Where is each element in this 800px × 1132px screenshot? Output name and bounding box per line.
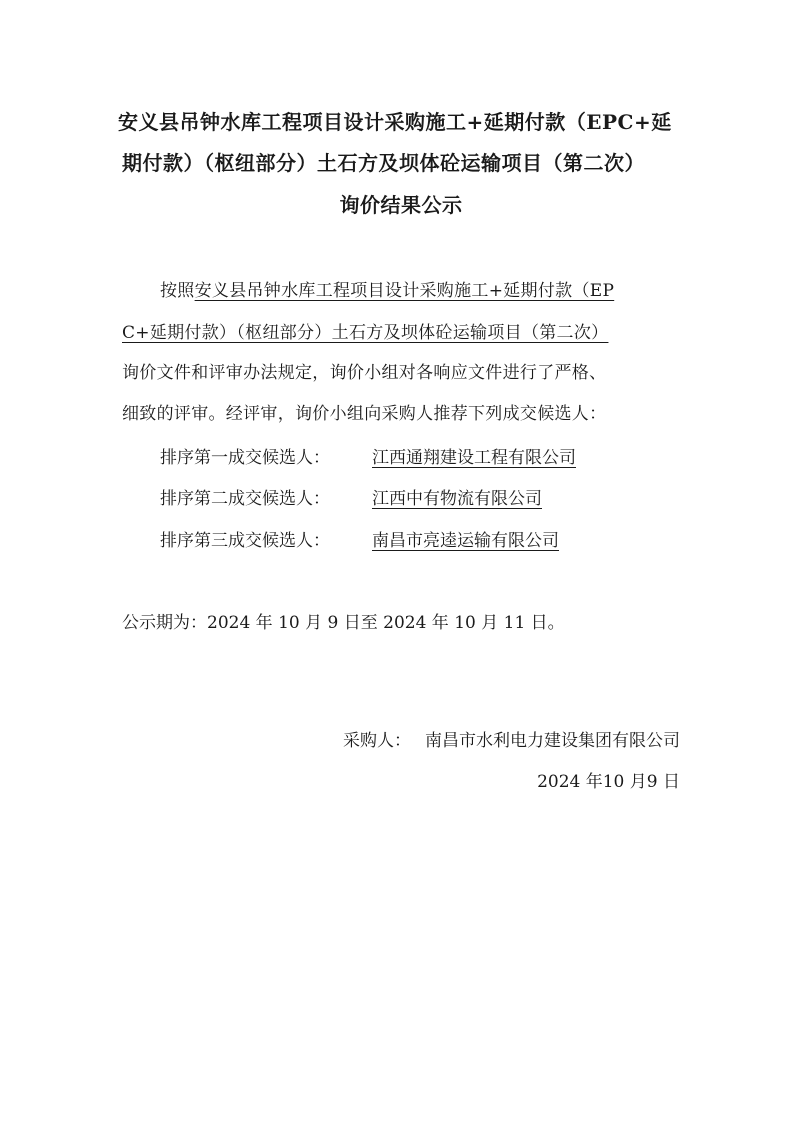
- buyer-name: 南昌市水利电力建设集团有限公司: [425, 731, 680, 751]
- body-line-3: 询价文件和评审办法规定，询价小组对各响应文件进行了严格、: [122, 358, 606, 383]
- candidate-name: 江西通翔建设工程有限公司: [372, 448, 576, 468]
- signature-date: 2024 年10 月9 日: [537, 767, 680, 792]
- document-title-line-2: 期付款）（枢纽部分）土石方及坝体砼运输项目（第二次）: [122, 147, 688, 176]
- body-line-4: 细致的评审。经评审，询价小组向采购人推荐下列成交候选人：: [122, 399, 606, 424]
- body-line-1: 按照安义县吊钟水库工程项目设计采购施工+延期付款（EP: [160, 276, 614, 301]
- intro-prefix: 按照: [160, 281, 195, 301]
- project-name-part-1: 安义县吊钟水库工程项目设计采购施工+延期付款（EP: [195, 281, 615, 301]
- candidate-name: 江西中有物流有限公司: [372, 489, 542, 509]
- candidate-label: 排序第三成交候选人：: [160, 526, 372, 551]
- document-title-line-3: 询价结果公示: [118, 189, 684, 218]
- candidate-row-2: 排序第二成交候选人：江西中有物流有限公司: [160, 484, 542, 509]
- document-title-line-1: 安义县吊钟水库工程项目设计采购施工+延期付款（EPC+延: [118, 106, 684, 135]
- project-name-part-2: C+延期付款）（枢纽部分）土石方及坝体砼运输项目（第二次）: [122, 318, 608, 343]
- candidate-label: 排序第二成交候选人：: [160, 484, 372, 509]
- buyer-label: 采购人：: [343, 731, 411, 751]
- candidate-label: 排序第一成交候选人：: [160, 443, 372, 468]
- publicity-period: 公示期为：2024 年 10 月 9 日至 2024 年 10 月 11 日。: [122, 608, 565, 633]
- candidate-row-3: 排序第三成交候选人：南昌市亮逵运输有限公司: [160, 526, 559, 551]
- document-page: 安义县吊钟水库工程项目设计采购施工+延期付款（EPC+延 期付款）（枢纽部分）土…: [0, 0, 800, 1132]
- candidate-name: 南昌市亮逵运输有限公司: [372, 531, 559, 551]
- candidate-row-1: 排序第一成交候选人：江西通翔建设工程有限公司: [160, 443, 576, 468]
- buyer-signature: 采购人：南昌市水利电力建设集团有限公司: [343, 726, 680, 751]
